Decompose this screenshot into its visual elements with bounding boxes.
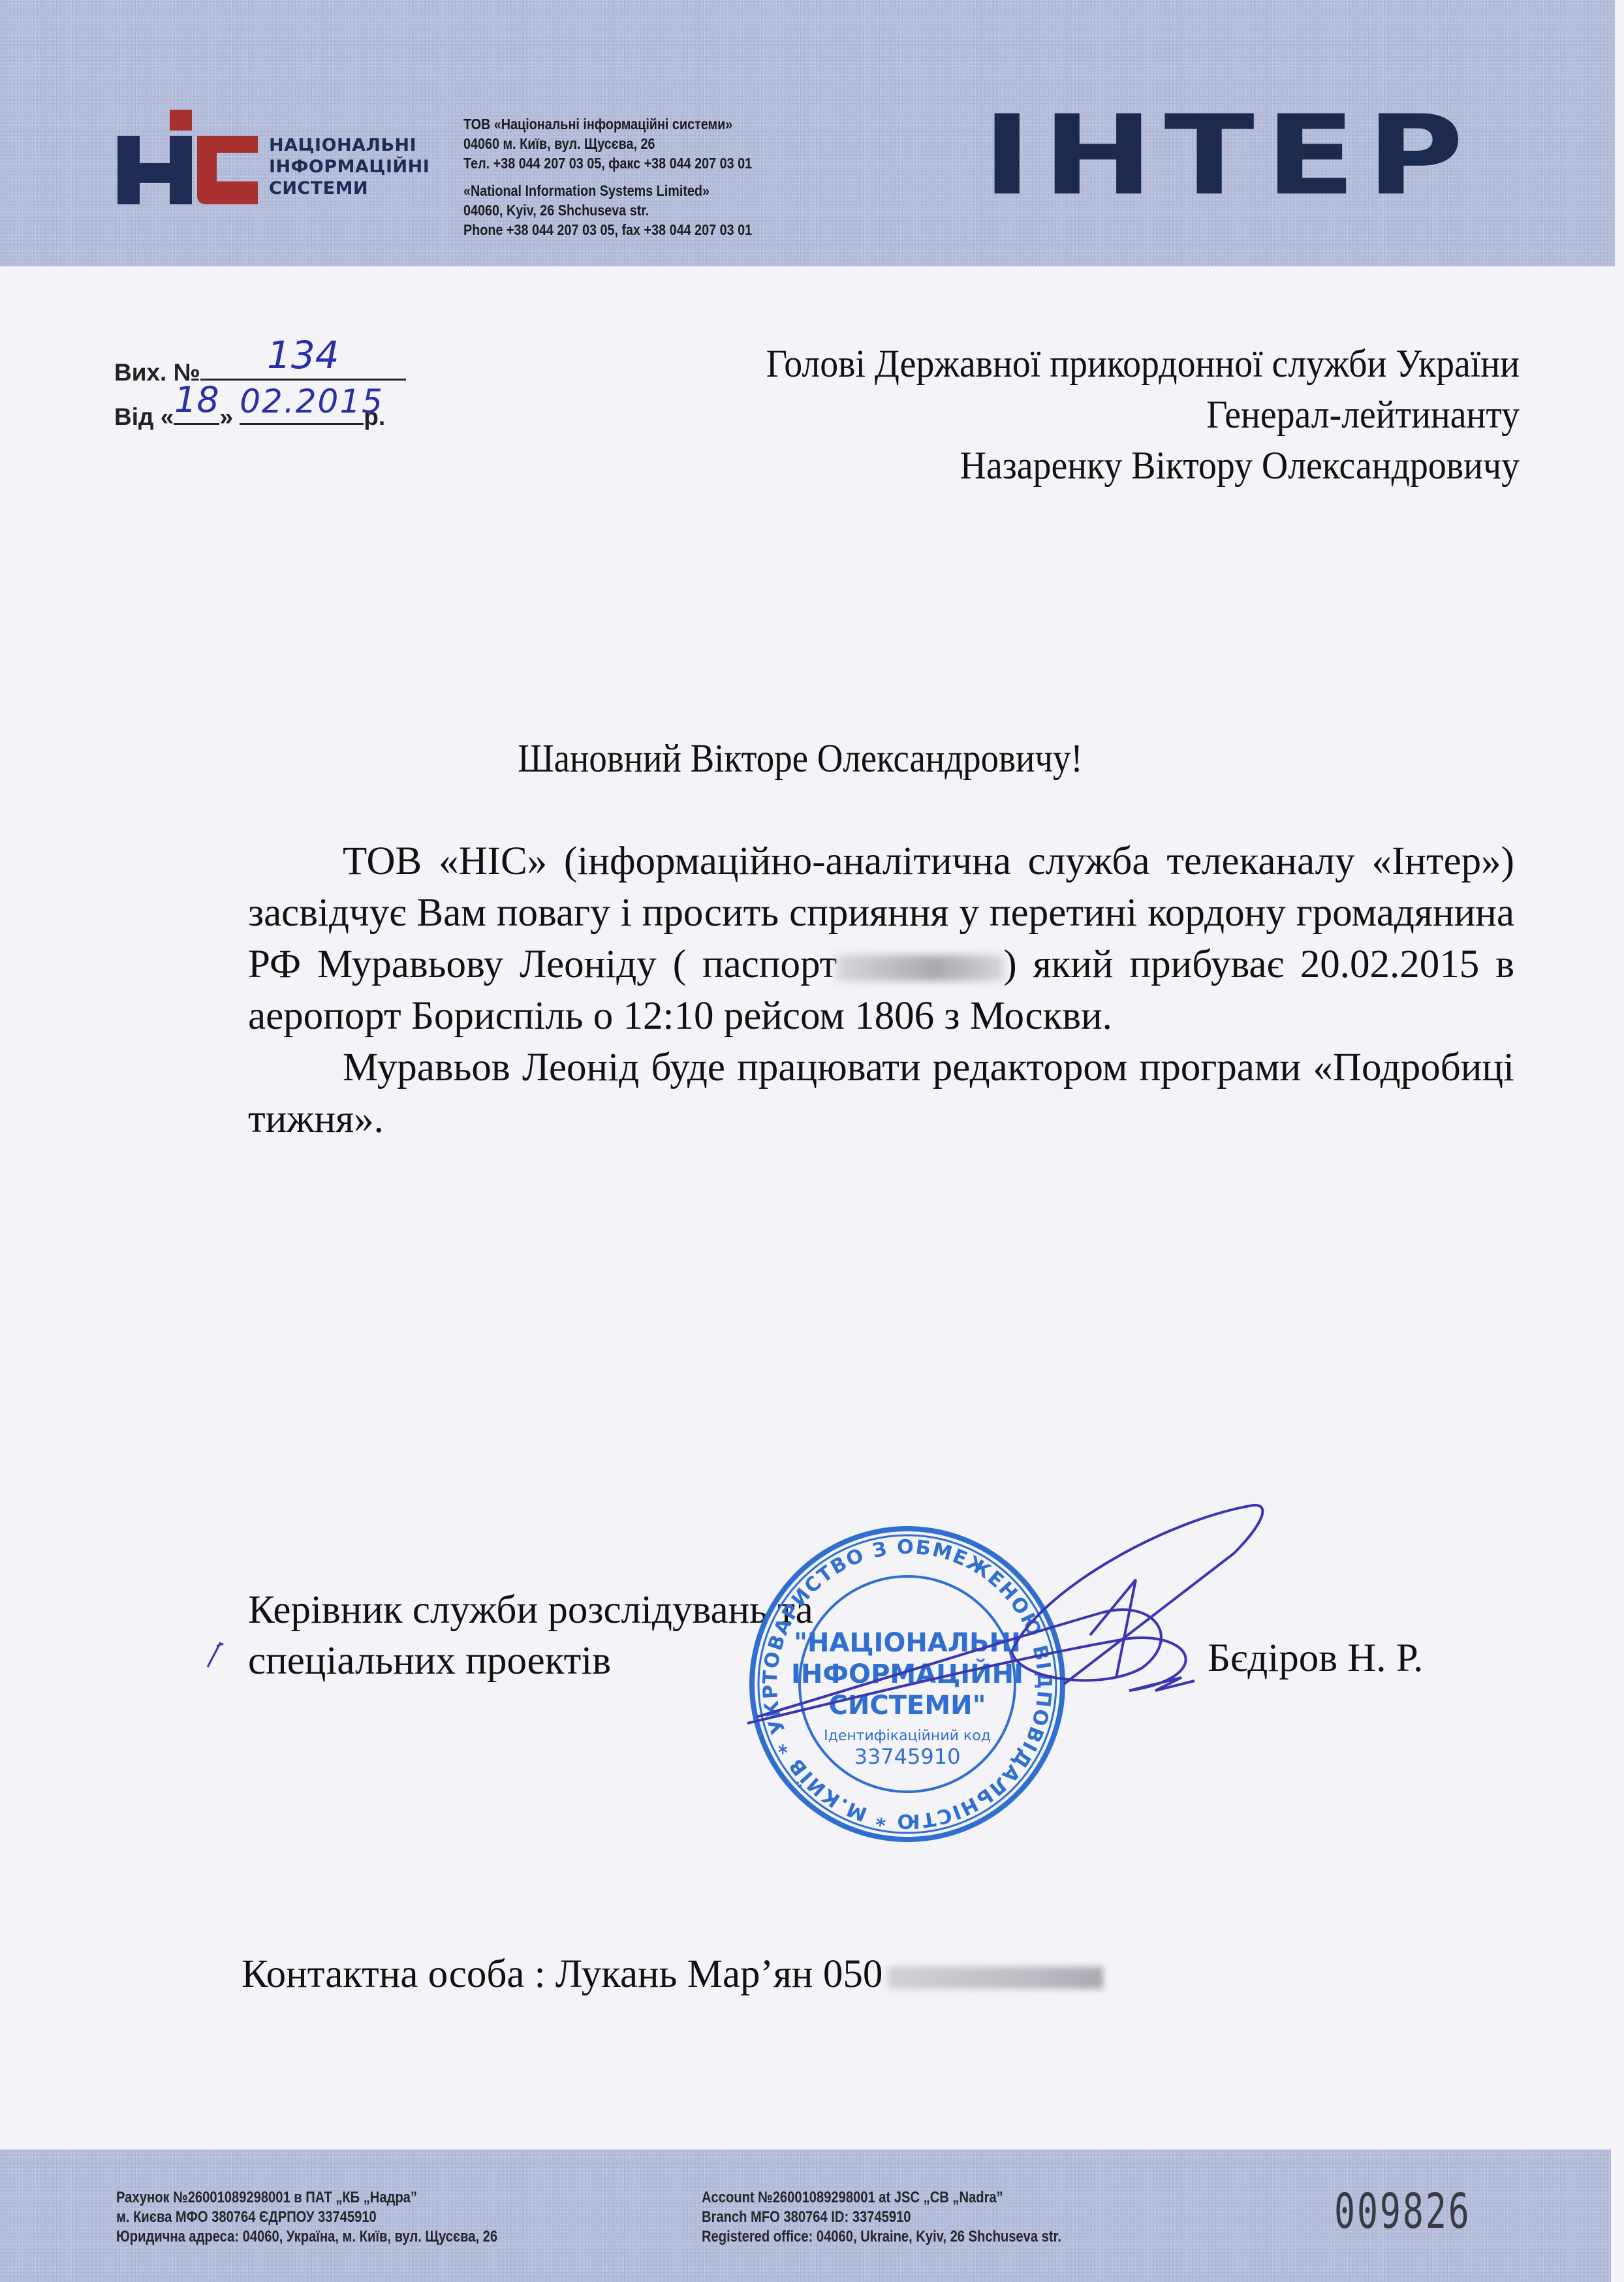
logo-line: СИСТЕМИ <box>269 178 429 199</box>
contact-person: Контактна особа : Лукань Мар’ян 050 <box>242 1952 1103 1997</box>
company-phone-en: Phone +38 044 207 03 05, fax +38 044 207… <box>463 220 752 240</box>
redacted-passport-number <box>837 955 1003 981</box>
signatory-title: Керівник служби розслідувань та спеціаль… <box>248 1585 813 1687</box>
signatory-title-line: спеціальних проектів <box>248 1636 813 1687</box>
pen-tick-mark-icon <box>206 1638 225 1668</box>
company-address-ua: 04060 м. Київ, вул. Щусєва, 26 <box>463 134 752 153</box>
footer-line: Branch MFO 380764 ID: 33745910 <box>702 2208 1061 2227</box>
logo-line: НАЦІОНАЛЬНІ <box>269 134 429 156</box>
company-contact-info: ТОВ «Національні інформаційні системи» 0… <box>463 114 752 240</box>
footer-line: Registered office: 04060, Ukraine, Kyiv,… <box>702 2227 1061 2247</box>
footer-line: Рахунок №26001089298001 в ПАТ „КБ „Надра… <box>116 2188 497 2208</box>
handwritten-outgoing-number: 134 <box>200 333 406 377</box>
logo-wordmark: НАЦІОНАЛЬНІ ІНФОРМАЦІЙНІ СИСТЕМИ <box>269 134 429 199</box>
outgoing-number-field: Вих. №134 <box>114 352 406 386</box>
contact-person-text: Контактна особа : Лукань Мар’ян 050 <box>242 1952 882 1996</box>
inter-brand-logo: ІНТЕР <box>982 111 1475 200</box>
outgoing-number-line: 134 <box>200 352 406 381</box>
company-address-en: 04060, Kyiv, 26 Shchuseva str. <box>463 200 752 220</box>
addressee-block: Голові Державної прикордонної служби Укр… <box>766 338 1520 491</box>
company-phone-ua: Тел. +38 044 207 03 05, факс +38 044 207… <box>463 153 752 173</box>
svg-text:33745910: 33745910 <box>854 1744 961 1769</box>
company-name-en: «National Information Systems Limited» <box>463 181 752 200</box>
salutation: Шановний Вікторе Олександровичу! <box>81 736 1542 782</box>
nis-logo-mark-icon <box>117 110 258 204</box>
footer-bank-details-ua: Рахунок №26001089298001 в ПАТ „КБ „Надра… <box>116 2188 497 2247</box>
day-line: 18 <box>174 399 219 425</box>
salutation-text: Шановний Вікторе Олександровичу! <box>518 736 1082 782</box>
handwritten-day: 18 <box>174 379 219 420</box>
month-year-line: 02.2015 <box>240 399 364 425</box>
handwritten-signature <box>738 1482 1299 1743</box>
addressee-line: Назаренку Віктору Олександровичу <box>766 440 1520 491</box>
body-paragraph-2: Муравьов Леонід буде працювати редакторо… <box>248 1042 1514 1145</box>
footer-line: м. Києва МФО 380764 ЄДРПОУ 33745910 <box>116 2208 497 2227</box>
letter-date-field: Від «18» 02.2015р. <box>114 399 385 431</box>
footer-line: Account №26001089298001 at JSC „CB „Nadr… <box>702 2188 1061 2208</box>
form-serial-number: 009826 <box>1334 2183 1471 2240</box>
close-quote: » <box>219 403 233 430</box>
addressee-line: Голові Державної прикордонної служби Укр… <box>766 338 1520 389</box>
signatory-title-line: Керівник служби розслідувань та <box>248 1585 813 1636</box>
footer-bank-details-en: Account №26001089298001 at JSC „CB „Nadr… <box>702 2188 1061 2247</box>
nis-logo: НАЦІОНАЛЬНІ ІНФОРМАЦІЙНІ СИСТЕМИ <box>117 110 424 208</box>
logo-line: ІНФОРМАЦІЙНІ <box>269 156 429 178</box>
redacted-phone-number <box>888 1967 1103 1989</box>
open-quote: « <box>161 403 174 430</box>
footer-line: Юридична адреса: 04060, Україна, м. Київ… <box>116 2227 497 2247</box>
addressee-line: Генерал-лейтинанту <box>766 389 1520 440</box>
letter-body: ТОВ «НІС» (інформаційно-аналітична служб… <box>248 836 1514 1145</box>
handwritten-month-year: 02.2015 <box>240 383 364 420</box>
body-paragraph-1: ТОВ «НІС» (інформаційно-аналітична служб… <box>248 836 1514 1042</box>
company-name-ua: ТОВ «Національні інформаційні системи» <box>463 114 752 134</box>
date-label: Від <box>114 403 154 430</box>
